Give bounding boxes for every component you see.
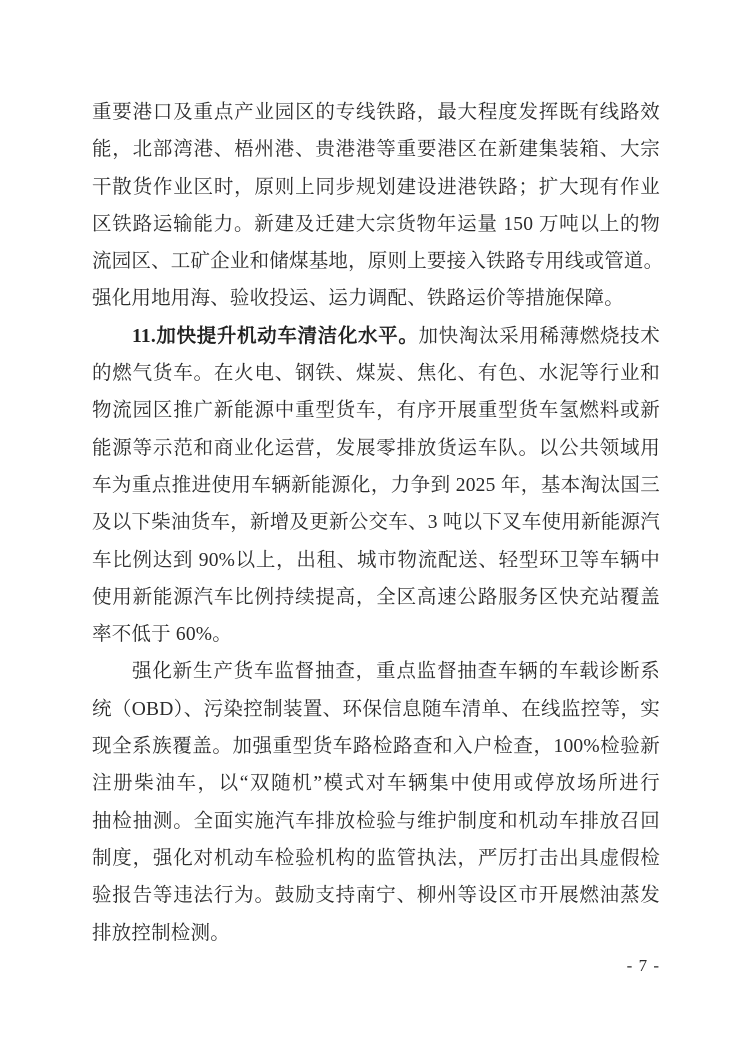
text-line: 注册柴油车，以“双随机”模式对车辆集中使用或停放场所进行 — [92, 765, 660, 802]
document-body: 重要港口及重点产业园区的专线铁路，最大程度发挥既有线路效 能，北部湾港、梧州港、… — [92, 94, 660, 952]
text-line: 车为重点推进使用车辆新能源化，力争到 2025 年，基本淘汰国三 — [92, 467, 660, 504]
text-line: 车比例达到 90%以上，出租、城市物流配送、轻型环卫等车辆中 — [92, 542, 660, 579]
text-line: 能，北部湾港、梧州港、贵港港等重要港区在新建集装箱、大宗 — [92, 131, 660, 168]
text-line: 抽检抽测。全面实施汽车排放检验与维护制度和机动车排放召回 — [92, 803, 660, 840]
section-heading-11: 11.加快提升机动车清洁化水平。 — [132, 326, 419, 347]
text-line: 使用新能源汽车比例持续提高，全区高速公路服务区快充站覆盖 — [92, 579, 660, 616]
text-line: 统（OBD）、污染控制装置、环保信息随车清单、在线监控等，实 — [92, 691, 660, 728]
text-line: 流园区、工矿企业和储煤基地，原则上要接入铁路专用线或管道。 — [92, 243, 660, 280]
document-page: 重要港口及重点产业园区的专线铁路，最大程度发挥既有线路效 能，北部湾港、梧州港、… — [0, 0, 744, 1052]
page-number: - 7 - — [627, 954, 660, 978]
text-line: 区铁路运输能力。新建及迁建大宗货物年运量 150 万吨以上的物 — [92, 206, 660, 243]
text-line: 的燃气货车。在火电、钢铁、煤炭、焦化、有色、水泥等行业和 — [92, 355, 660, 392]
text-line: 干散货作业区时，原则上同步规划建设进港铁路；扩大现有作业 — [92, 169, 660, 206]
text-line: 制度，强化对机动车检验机构的监管执法，严厉打击出具虚假检 — [92, 840, 660, 877]
text-line: 11.加快提升机动车清洁化水平。加快淘汰采用稀薄燃烧技术 — [92, 318, 660, 355]
text-line: 强化用地用海、验收投运、运力调配、铁路运价等措施保障。 — [92, 280, 660, 317]
text-line: 及以下柴油货车，新增及更新公交车、3 吨以下叉车使用新能源汽 — [92, 504, 660, 541]
text-line: 物流园区推广新能源中重型货车，有序开展重型货车氢燃料或新 — [92, 392, 660, 429]
text-line: 验报告等违法行为。鼓励支持南宁、柳州等设区市开展燃油蒸发 — [92, 877, 660, 914]
section-heading-tail: 加快淘汰采用稀薄燃烧技术 — [419, 326, 661, 347]
text-line: 强化新生产货车监督抽查，重点监督抽查车辆的车载诊断系 — [92, 653, 660, 690]
text-line: 排放控制检测。 — [92, 915, 660, 952]
text-line: 率不低于 60%。 — [92, 616, 660, 653]
text-line: 重要港口及重点产业园区的专线铁路，最大程度发挥既有线路效 — [92, 94, 660, 131]
text-line: 现全系族覆盖。加强重型货车路检路查和入户检查，100%检验新 — [92, 728, 660, 765]
text-line: 能源等示范和商业化运营，发展零排放货运车队。以公共领域用 — [92, 430, 660, 467]
